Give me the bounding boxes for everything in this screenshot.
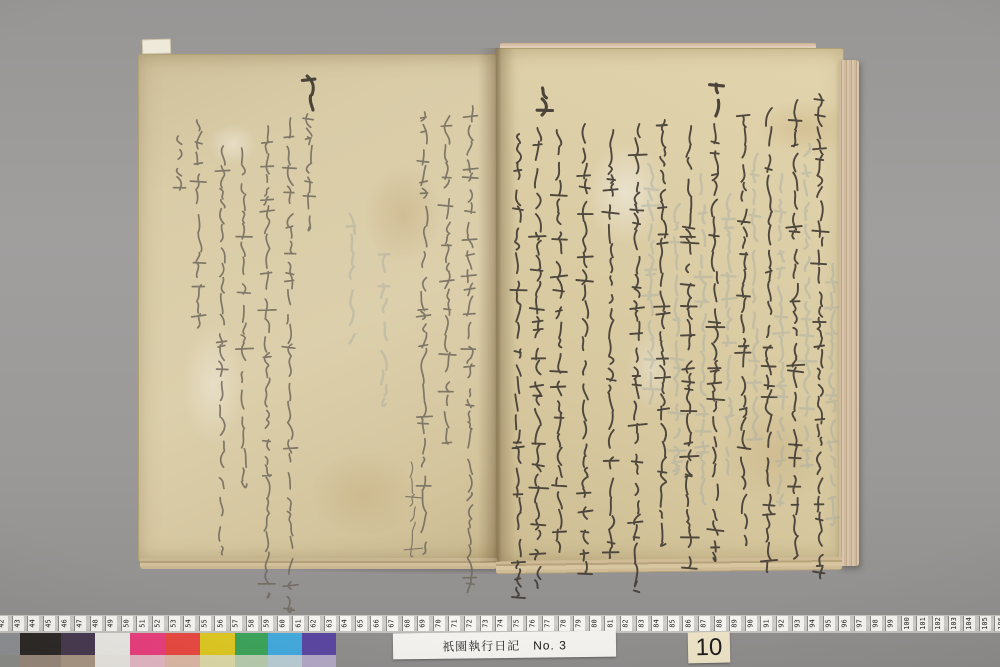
ruler-number: 61 [292, 616, 304, 631]
handwriting-column [735, 115, 750, 545]
ruler-number: 88 [714, 616, 726, 631]
ruler-number: 63 [324, 616, 336, 631]
color-patch-taupe [20, 655, 61, 667]
handwriting-column [694, 174, 712, 504]
ruler-number: 56 [214, 616, 226, 631]
color-patch-yellow-pale [200, 655, 235, 667]
ruler-number: 78 [558, 616, 570, 631]
ruler-number: 96 [838, 616, 850, 631]
handwriting-column [258, 126, 276, 598]
ruler-number: 83 [636, 616, 648, 631]
handwriting-column [710, 84, 724, 116]
ruler-number: 102 [932, 616, 944, 631]
ruler-number: 99 [885, 616, 897, 631]
ruler-number: 62 [308, 616, 320, 631]
handwriting-column [302, 76, 315, 110]
handwriting-column [236, 148, 253, 487]
ruler-number: 103 [948, 616, 960, 631]
color-patch-gray [0, 633, 20, 655]
ruler-number: 72 [464, 616, 476, 631]
ruler-number: 46 [58, 616, 70, 631]
color-patch-lavender-pale [302, 655, 336, 667]
color-patch-white [95, 633, 130, 655]
handwriting-column [347, 214, 356, 343]
ruler-number: 57 [230, 616, 242, 631]
ruler-number: 92 [776, 616, 788, 631]
handwriting-column [438, 116, 456, 444]
ruler-number: 86 [682, 616, 694, 631]
handwriting-column [282, 118, 298, 612]
ruler-number: 52 [152, 616, 164, 631]
color-patch-white-light [95, 655, 130, 667]
ruler-number: 60 [277, 616, 289, 631]
color-patch-cyan [268, 633, 302, 655]
ruler-number: 45 [43, 616, 55, 631]
ruler-number: 90 [745, 616, 757, 631]
color-patch-gray-light [0, 655, 20, 667]
color-patch-tan [61, 655, 95, 667]
ruler-number: 68 [402, 616, 414, 631]
handwriting-column [537, 88, 552, 115]
ruler-number: 85 [667, 616, 679, 631]
ruler-number: 71 [448, 616, 460, 631]
handwriting-column [529, 128, 548, 588]
handwriting-column [174, 136, 186, 190]
ruler-number: 91 [760, 616, 772, 631]
handwriting-column [642, 164, 661, 404]
ruler-number: 76 [526, 616, 538, 631]
handwriting-calligraphy [138, 44, 860, 576]
color-patch-red [165, 633, 200, 655]
handwriting-column [417, 112, 433, 554]
ruler-number: 105 [979, 616, 991, 631]
ruler-number: 98 [870, 616, 882, 631]
handwriting-column [680, 126, 699, 569]
color-patch-yellow [200, 633, 235, 655]
ruler-number: 69 [417, 616, 429, 631]
color-patch-blue-pale [268, 655, 302, 667]
color-patch-magenta [130, 633, 165, 655]
color-patch-black [20, 633, 61, 655]
ruler-number: 48 [90, 616, 102, 631]
ruler-number: 53 [168, 616, 180, 631]
ruler-number: 106 [994, 616, 1000, 631]
ruler-number: 77 [542, 616, 554, 631]
handwriting-column [303, 114, 315, 231]
ruler-number: 67 [386, 616, 398, 631]
handwriting-column [510, 134, 526, 598]
ruler-number: 101 [916, 616, 928, 631]
handwriting-column [825, 264, 839, 525]
handwriting-column [628, 124, 647, 592]
ruler-number: 59 [261, 616, 273, 631]
color-patch-green [235, 633, 268, 655]
handwriting-column [404, 462, 422, 557]
ruler-number: 97 [854, 616, 866, 631]
ruler-number: 95 [823, 616, 835, 631]
color-patch-green-pale [235, 655, 268, 667]
ruler-number: 47 [74, 616, 86, 631]
caption-card: 祇園執行日記 No. 3 [393, 631, 616, 660]
ruler-number: 89 [729, 616, 741, 631]
ruler-number: 51 [136, 616, 148, 631]
ruler-number: 43 [12, 616, 24, 631]
ruler-number: 44 [27, 616, 39, 631]
ruler-number: 65 [355, 616, 367, 631]
handwriting-column [190, 120, 206, 328]
ruler-number: 79 [573, 616, 585, 631]
handwriting-column [602, 130, 619, 558]
ruler-number: 54 [183, 616, 195, 631]
ruler-number: 66 [370, 616, 382, 631]
ruler-number: 75 [511, 616, 523, 631]
ruler-number: 93 [792, 616, 804, 631]
ruler-number: 81 [604, 616, 616, 631]
color-patch-pink-light [130, 655, 165, 667]
ruler-number: 100 [901, 616, 913, 631]
ruler-number: 94 [807, 616, 819, 631]
color-patch-violet [302, 633, 336, 655]
ruler-number: 104 [963, 616, 975, 631]
handwriting-column [706, 124, 724, 561]
handwriting-column [576, 124, 593, 574]
ruler-number: 74 [495, 616, 507, 631]
page-number-text: 10 [695, 633, 722, 662]
ruler-number: 55 [199, 616, 211, 631]
measuring-ruler: 4243444546474849505152535455565758596061… [0, 615, 1000, 633]
caption-text: 祇園執行日記 No. 3 [442, 636, 567, 655]
ruler-number: 87 [698, 616, 710, 631]
ruler-number: 80 [589, 616, 601, 631]
ruler-number: 82 [620, 616, 632, 631]
color-patch-peach-light [165, 655, 200, 667]
handwriting-column [773, 174, 789, 505]
ruler-number: 42 [0, 616, 8, 631]
handwriting-column [654, 120, 670, 546]
photo-stage: 4243444546474849505152535455565758596061… [0, 0, 1000, 667]
ruler-number: 49 [105, 616, 117, 631]
page-number-card: 10 [688, 632, 731, 664]
handwriting-column [668, 204, 685, 475]
ruler-number: 70 [433, 616, 445, 631]
handwriting-column [550, 130, 567, 552]
manuscript-book [138, 44, 860, 576]
ruler-number: 58 [246, 616, 258, 631]
handwriting-column [461, 106, 478, 593]
color-patch-dark-purple [61, 633, 95, 655]
ruler-number: 64 [339, 616, 351, 631]
ruler-number: 84 [651, 616, 663, 631]
handwriting-column [378, 254, 389, 406]
handwriting-column [798, 144, 816, 467]
handwriting-column [761, 108, 777, 572]
ruler-number: 50 [121, 616, 133, 631]
handwriting-column [786, 100, 804, 559]
handwriting-column [722, 194, 737, 474]
handwriting-column [215, 146, 229, 555]
ruler-number: 73 [480, 616, 492, 631]
